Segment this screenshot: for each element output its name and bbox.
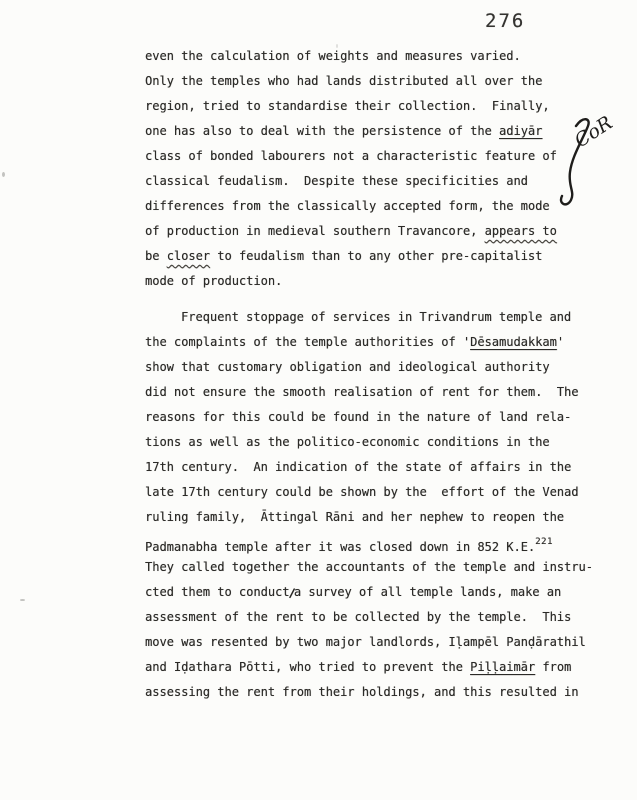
text-segment: assessing the rent from their holdings, … [145,685,578,699]
text-segment: show that customary obligation and ideol… [145,360,550,374]
text-line: They called together the accountants of … [145,555,605,580]
text-segment: reasons for this could be found in the n… [145,410,571,424]
text-line: assessing the rent from their holdings, … [145,680,605,705]
text-segment: ruling family, Āttingal Rāni and her nep… [145,510,564,524]
text-line: tions as well as the politico-economic c… [145,430,605,455]
underlined-term: Dēsamudakkam [470,335,557,349]
text-segment: a survey of all temple lands, make an [294,585,561,599]
text-line: classical feudalism. Despite these speci… [145,169,605,194]
scan-artifact [2,172,5,177]
text-segment: Padmanabha temple after it was closed do… [145,540,535,554]
paragraph: even the calculation of weights and meas… [145,44,605,294]
underlined-term: adiyār [499,124,542,138]
text-line: even the calculation of weights and meas… [145,44,605,69]
text-block: even the calculation of weights and meas… [145,44,605,705]
text-segment: did not ensure the smooth realisation of… [145,385,578,399]
text-segment: 17th century. An indication of the state… [145,460,571,474]
text-segment: They called together the accountants of … [145,560,593,574]
text-segment: classical feudalism. Despite these speci… [145,174,528,188]
handwritten-margin-annotation: CoR [550,112,636,212]
text-segment: the complaints of the temple authorities… [145,335,470,349]
text-segment: move was resented by two major landlords… [145,635,586,649]
text-line: be closer to feudalism than to any other… [145,244,605,269]
text-segment: late 17th century could be shown by the … [145,485,578,499]
text-line: class of bonded labourers not a characte… [145,144,605,169]
text-segment: Only the temples who had lands distribut… [145,74,542,88]
text-segment: of production in medieval southern Trava… [145,224,485,238]
text-segment: cted them to conduct [145,585,290,599]
wavy-underlined-text: appears to [485,224,557,238]
text-line: did not ensure the smooth realisation of… [145,380,605,405]
text-line: ruling family, Āttingal Rāni and her nep… [145,505,605,530]
text-line: move was resented by two major landlords… [145,630,605,655]
text-line: late 17th century could be shown by the … [145,480,605,505]
footnote-reference: 221 [535,537,553,547]
underlined-term: Piḷḷaimār [470,660,535,674]
text-line: Padmanabha temple after it was closed do… [145,530,605,555]
text-line: 17th century. An indication of the state… [145,455,605,480]
page-number: 276 [485,10,525,32]
text-line: cted them to conduct/a survey of all tem… [145,580,605,605]
text-segment: from [535,660,571,674]
scan-artifact [20,599,25,601]
scanned-page: 276 even the calculation of weights and … [0,0,637,800]
text-segment: assessment of the rent to be collected b… [145,610,571,624]
text-line: region, tried to standardise their colle… [145,94,605,119]
text-line: the complaints of the temple authorities… [145,330,605,355]
text-segment: class of bonded labourers not a characte… [145,149,557,163]
text-line: assessment of the rent to be collected b… [145,605,605,630]
text-segment: mode of production. [145,274,282,288]
text-line: and Iḍathara Pōtti, who tried to prevent… [145,655,605,680]
text-line: Only the temples who had lands distribut… [145,69,605,94]
text-line: differences from the classically accepte… [145,194,605,219]
scan-artifact [336,44,338,48]
text-line: show that customary obligation and ideol… [145,355,605,380]
paragraph: Frequent stoppage of services in Trivand… [145,305,605,705]
text-segment: be [145,249,167,263]
text-line: of production in medieval southern Trava… [145,219,605,244]
text-segment: even the calculation of weights and meas… [145,49,521,63]
text-segment: and Iḍathara Pōtti, who tried to prevent… [145,660,470,674]
text-segment: region, tried to standardise their colle… [145,99,550,113]
text-line: one has also to deal with the persistenc… [145,119,605,144]
text-line: mode of production. [145,269,605,294]
text-line: reasons for this could be found in the n… [145,405,605,430]
text-line: Frequent stoppage of services in Trivand… [145,305,605,330]
text-segment: ' [557,335,564,349]
text-segment: differences from the classically accepte… [145,199,550,213]
text-segment: tions as well as the politico-economic c… [145,435,550,449]
text-segment: one has also to deal with the persistenc… [145,124,499,138]
text-segment: to feudalism than to any other pre-capit… [210,249,542,263]
wavy-underlined-text: closer [167,249,210,263]
text-segment: Frequent stoppage of services in Trivand… [181,310,571,324]
